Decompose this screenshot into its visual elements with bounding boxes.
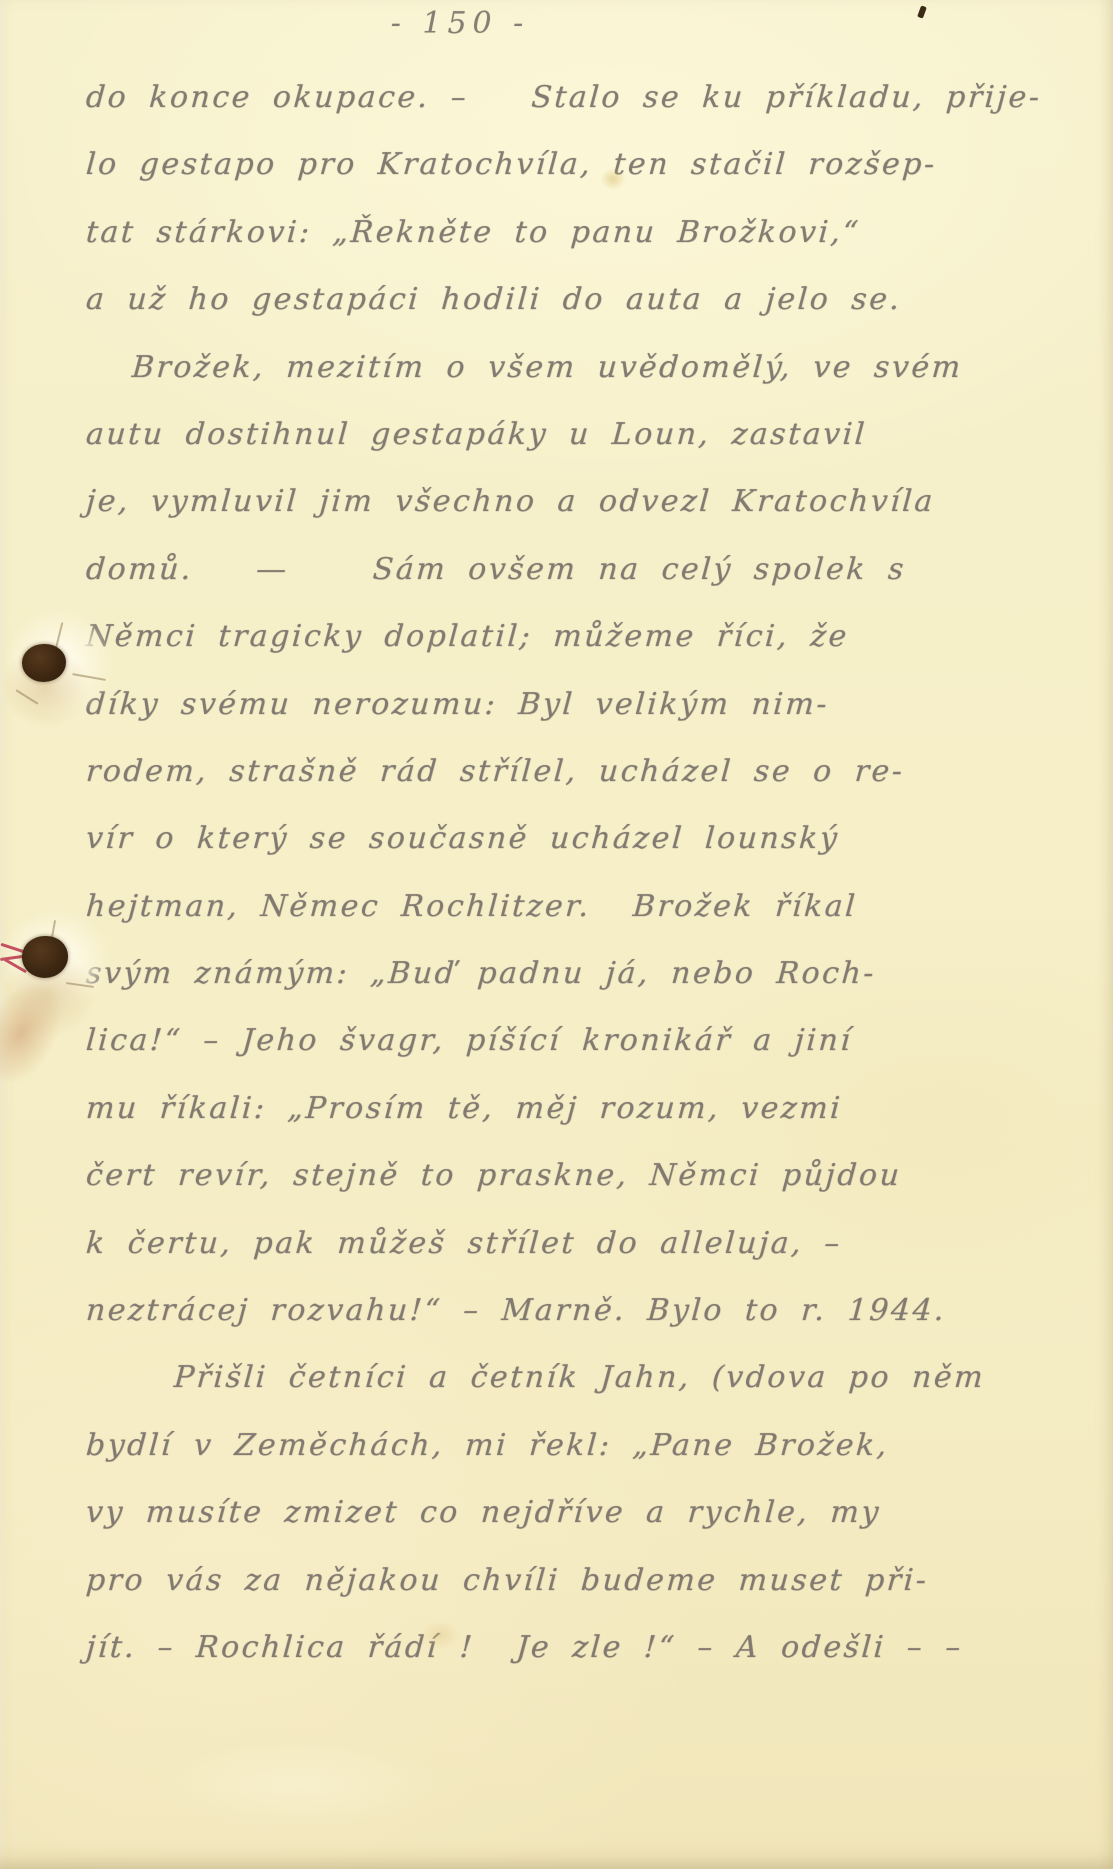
hole-center [22,936,68,978]
paper-stain [600,168,626,190]
manuscript-line: k čertu, pak můžeš střílet do alleluja, … [84,1210,1076,1277]
manuscript-line: svým známým: „Buď padnu já, nebo Roch- [84,940,1076,1007]
manuscript-line: lo gestapo pro Kratochvíla, ten stačil r… [84,131,1076,198]
manuscript-line: vy musíte zmizet co nejdříve a rychle, m… [84,1479,1076,1546]
manuscript-line: rodem, strašně rád střílel, ucházel se o… [84,738,1076,805]
manuscript-line: lica!“ – Jeho švagr, píšící kronikář a j… [84,1007,1076,1074]
manuscript-line: bydlí v Zeměchách, mi řekl: „Pane Brožek… [84,1412,1076,1479]
handwritten-text-block: do konce okupace. – Stalo se ku příkladu… [86,64,1073,1681]
manuscript-line: Němci tragicky doplatil; můžeme říci, že [84,603,1076,670]
manuscript-line: do konce okupace. – Stalo se ku příkladu… [84,64,1076,131]
paper-stain [420,1620,460,1650]
paper-stain [150,1740,450,1830]
page-number: - 150 - [0,6,920,41]
manuscript-line: Přišli četníci a četník Jahn, (vdova po … [84,1344,1076,1411]
manuscript-line: mu říkali: „Prosím tě, měj rozum, vezmi [84,1075,1076,1142]
manuscript-line: autu dostihnul gestapáky u Loun, zastavi… [84,401,1076,468]
manuscript-line: neztrácej rozvahu!“ – Marně. Bylo to r. … [84,1277,1076,1344]
manuscript-line: díky svému nerozumu: Byl velikým nim- [84,671,1076,738]
manuscript-line: tat stárkovi: „Řekněte to panu Brožkovi,… [84,199,1076,266]
manuscript-line: je, vymluvil jim všechno a odvezl Kratoc… [84,468,1076,535]
binding-hole-top [0,600,130,740]
manuscript-line: vír o který se současně ucházel lounský [84,805,1076,872]
manuscript-page: - 150 - do konce okupace. – Stalo se ku … [0,0,1113,1869]
manuscript-line: pro vás za nějakou chvíli budeme muset p… [84,1547,1076,1614]
manuscript-line: hejtman, Němec Rochlitzer. Brožek říkal [84,873,1076,940]
hole-center [22,644,66,682]
binding-hole-bottom [0,900,130,1090]
manuscript-line: Brožek, mezitím o všem uvědomělý, ve své… [84,334,1076,401]
manuscript-line: čert revír, stejně to praskne, Němci půj… [84,1142,1076,1209]
manuscript-line: domů. — Sám ovšem na celý spolek s [84,536,1076,603]
manuscript-line: jít. – Rochlica řádí ! Je zle !“ – A ode… [84,1614,1076,1681]
manuscript-line: a už ho gestapáci hodili do auta a jelo … [84,266,1076,333]
